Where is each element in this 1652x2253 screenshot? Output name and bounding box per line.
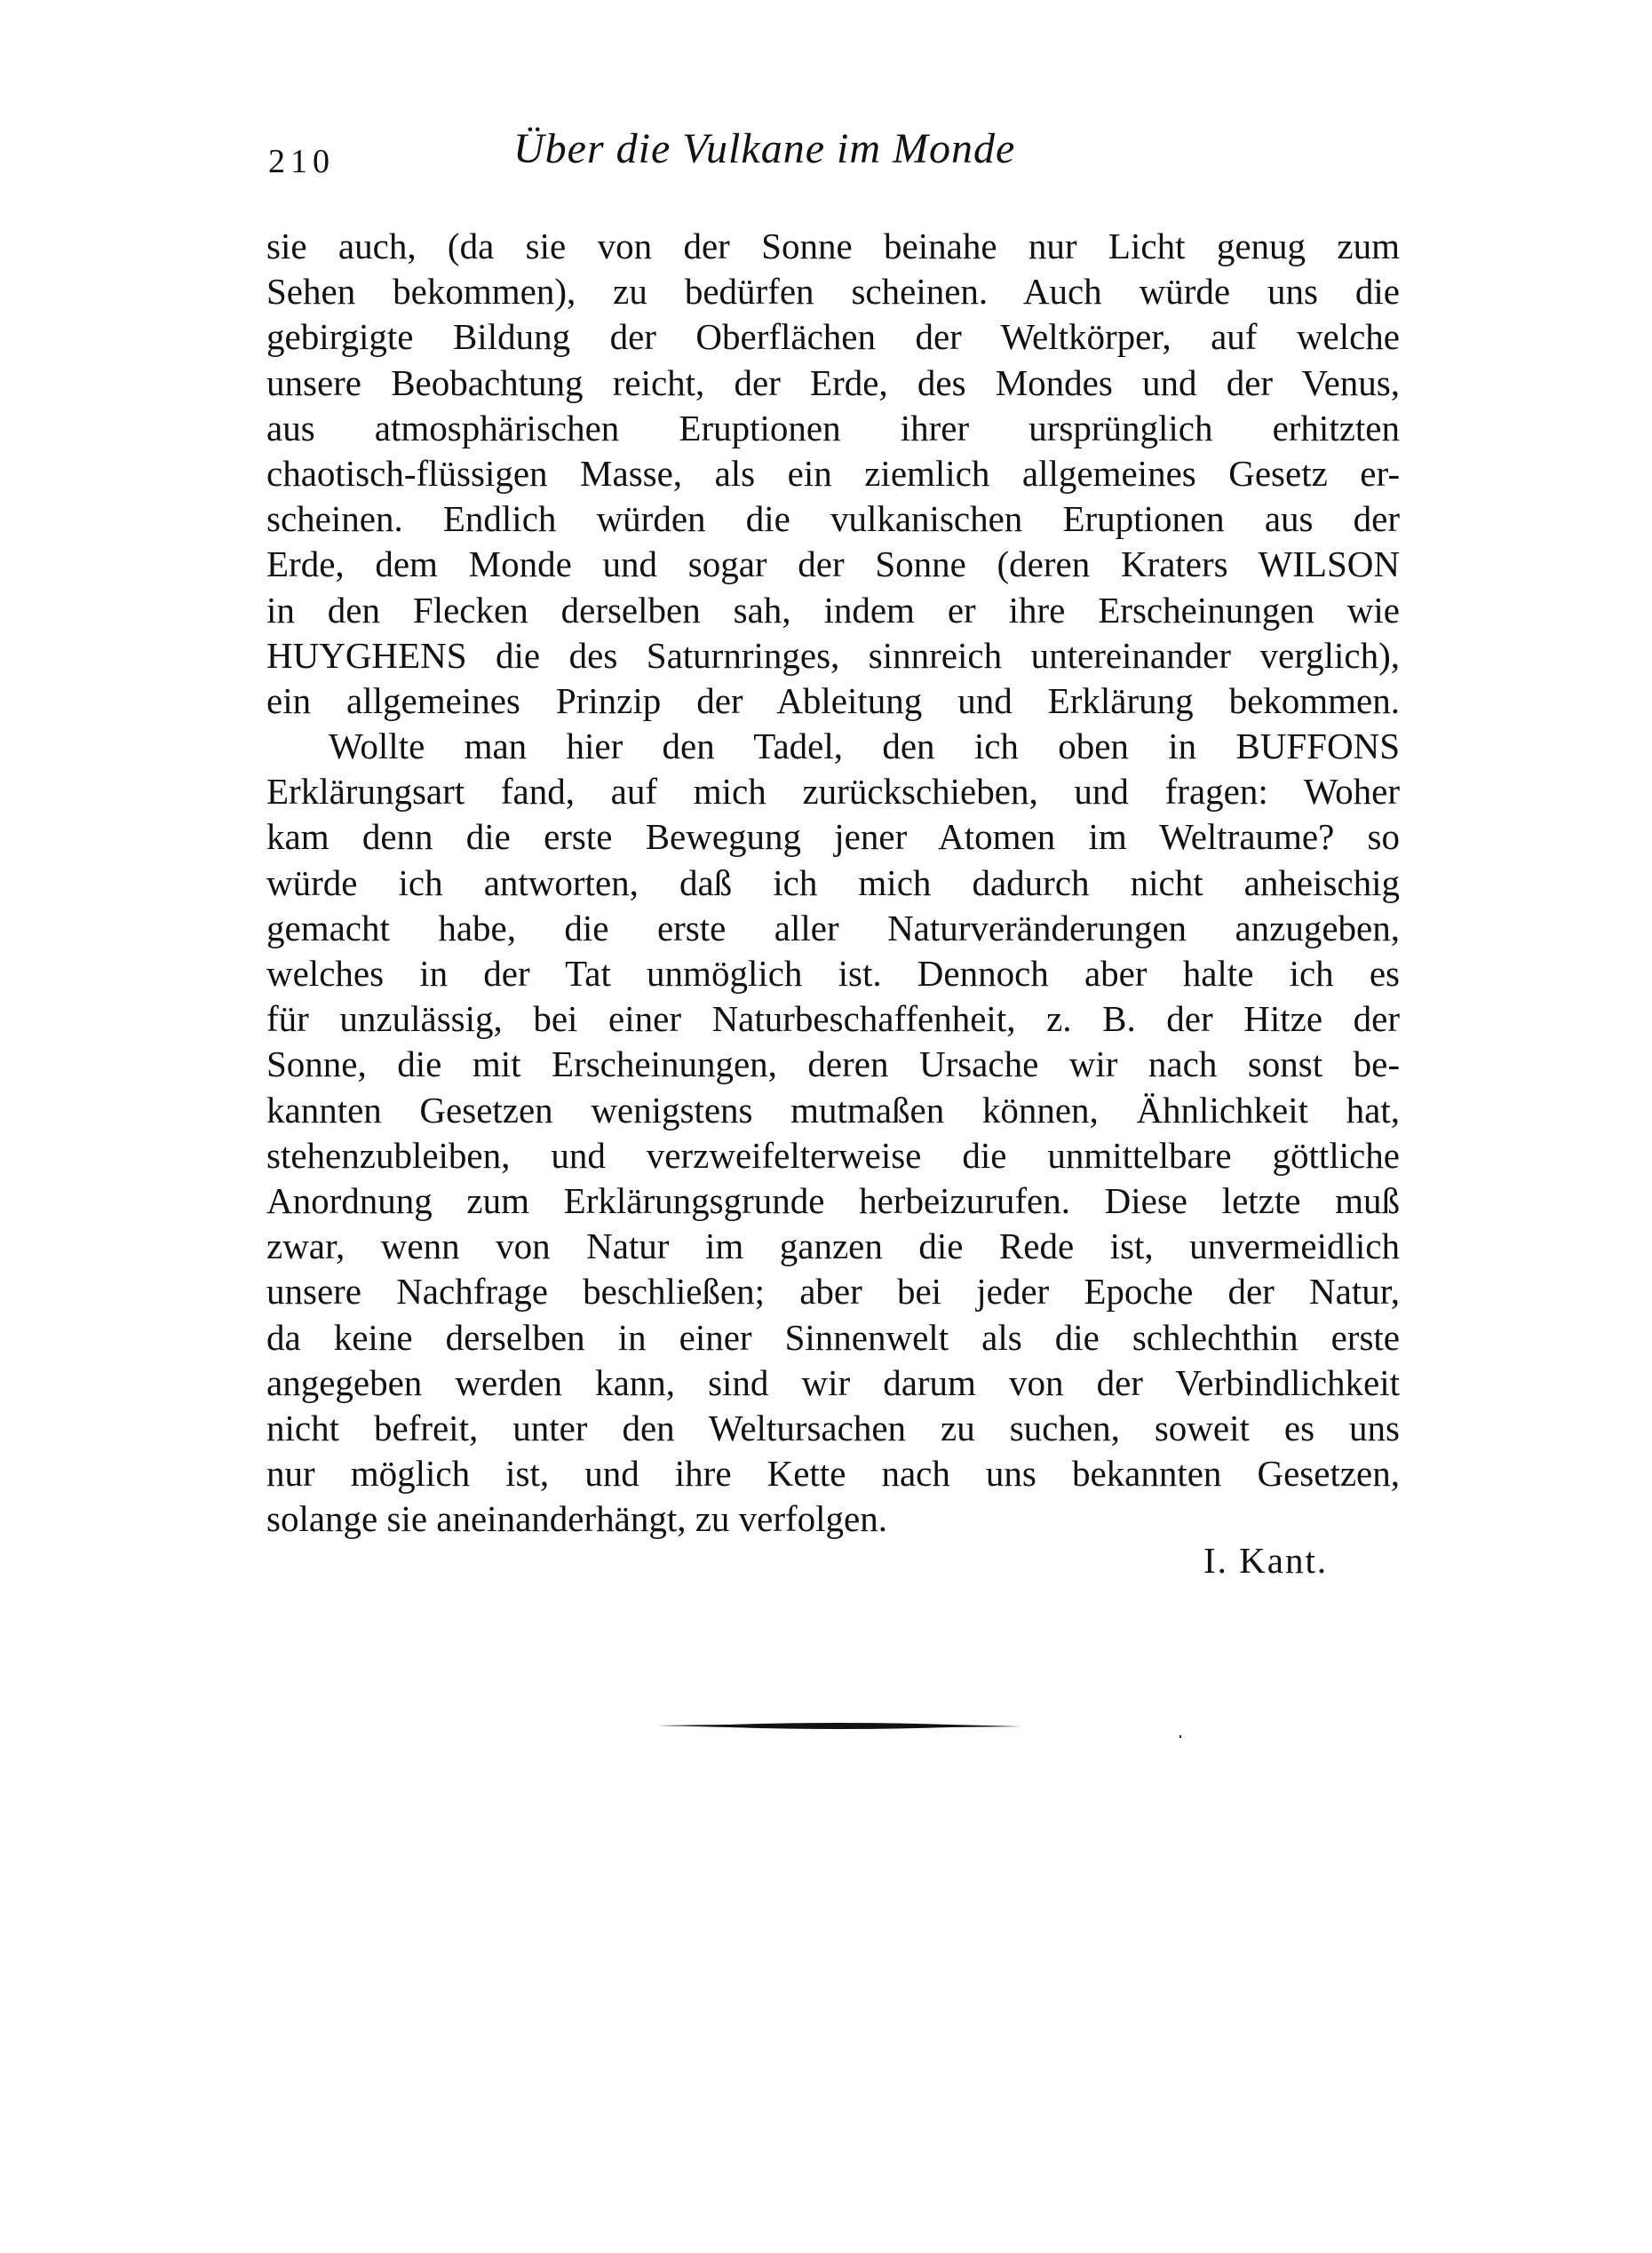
text-line: sie auch, (da sie von der Sonne beinahe … <box>266 224 1400 269</box>
text-line: würde ich antworten, daß ich mich dadurc… <box>266 861 1400 906</box>
body-text: sie auch, (da sie von der Sonne beinahe … <box>266 224 1400 1542</box>
text-line: nicht befreit, unter den Weltursachen zu… <box>266 1406 1400 1451</box>
text-line: Erde, dem Monde und sogar der Sonne (der… <box>266 542 1400 587</box>
text-line: kannten Gesetzen wenigstens mutmaßen kön… <box>266 1088 1400 1133</box>
text-line: stehenzubleiben, und verzweifelterweise … <box>266 1133 1400 1178</box>
end-rule-ornament-icon <box>657 1721 1021 1732</box>
paragraph-start-line: Wollte man hier den Tadel, den ich oben … <box>266 724 1400 769</box>
text-line: scheinen. Endlich würden die vulkanische… <box>266 496 1400 542</box>
text-line-last: solange sie aneinanderhängt, zu verfolge… <box>266 1496 1400 1542</box>
scan-speck <box>1179 1735 1181 1738</box>
text-line: zwar, wenn von Natur im ganzen die Rede … <box>266 1224 1400 1269</box>
page-number: 210 <box>268 142 335 181</box>
text-line: angegeben werden kann, sind wir darum vo… <box>266 1361 1400 1406</box>
text-line: welches in der Tat unmöglich ist. Dennoc… <box>266 951 1400 996</box>
text-line: HUYGHENS die des Saturnringes, sinnreich… <box>266 633 1400 678</box>
author-signature: I. Kant. <box>1203 1539 1328 1582</box>
text-line: kam denn die erste Bewegung jener Atomen… <box>266 814 1400 860</box>
text-line: unsere Beobachtung reicht, der Erde, des… <box>266 361 1400 406</box>
text-line: nur möglich ist, und ihre Kette nach uns… <box>266 1451 1400 1496</box>
text-line: Sehen bekommen), zu bedürfen scheinen. A… <box>266 269 1400 314</box>
text-line: gebirgigte Bildung der Oberflächen der W… <box>266 314 1400 360</box>
text-line: unsere Nachfrage beschließen; aber bei j… <box>266 1269 1400 1314</box>
text-line: ein allgemeines Prinzip der Ableitung un… <box>266 678 1400 724</box>
text-line: Sonne, die mit Erscheinungen, deren Ursa… <box>266 1042 1400 1087</box>
text-line: in den Flecken derselben sah, indem er i… <box>266 588 1400 633</box>
text-line: Erklärungsart fand, auf mich zurückschie… <box>266 769 1400 814</box>
text-line: für unzulässig, bei einer Naturbeschaffe… <box>266 996 1400 1042</box>
running-title: Über die Vulkane im Monde <box>513 124 1171 173</box>
text-line: aus atmosphärischen Eruptionen ihrer urs… <box>266 406 1400 451</box>
text-line: gemacht habe, die erste aller Naturverän… <box>266 906 1400 951</box>
book-page: 210 Über die Vulkane im Monde sie auch, … <box>0 0 1652 2253</box>
text-line: da keine derselben in einer Sinnenwelt a… <box>266 1315 1400 1361</box>
text-line: chaotisch-flüssigen Masse, als ein zieml… <box>266 451 1400 496</box>
text-line: Anordnung zum Erklärungsgrunde herbeizur… <box>266 1178 1400 1224</box>
